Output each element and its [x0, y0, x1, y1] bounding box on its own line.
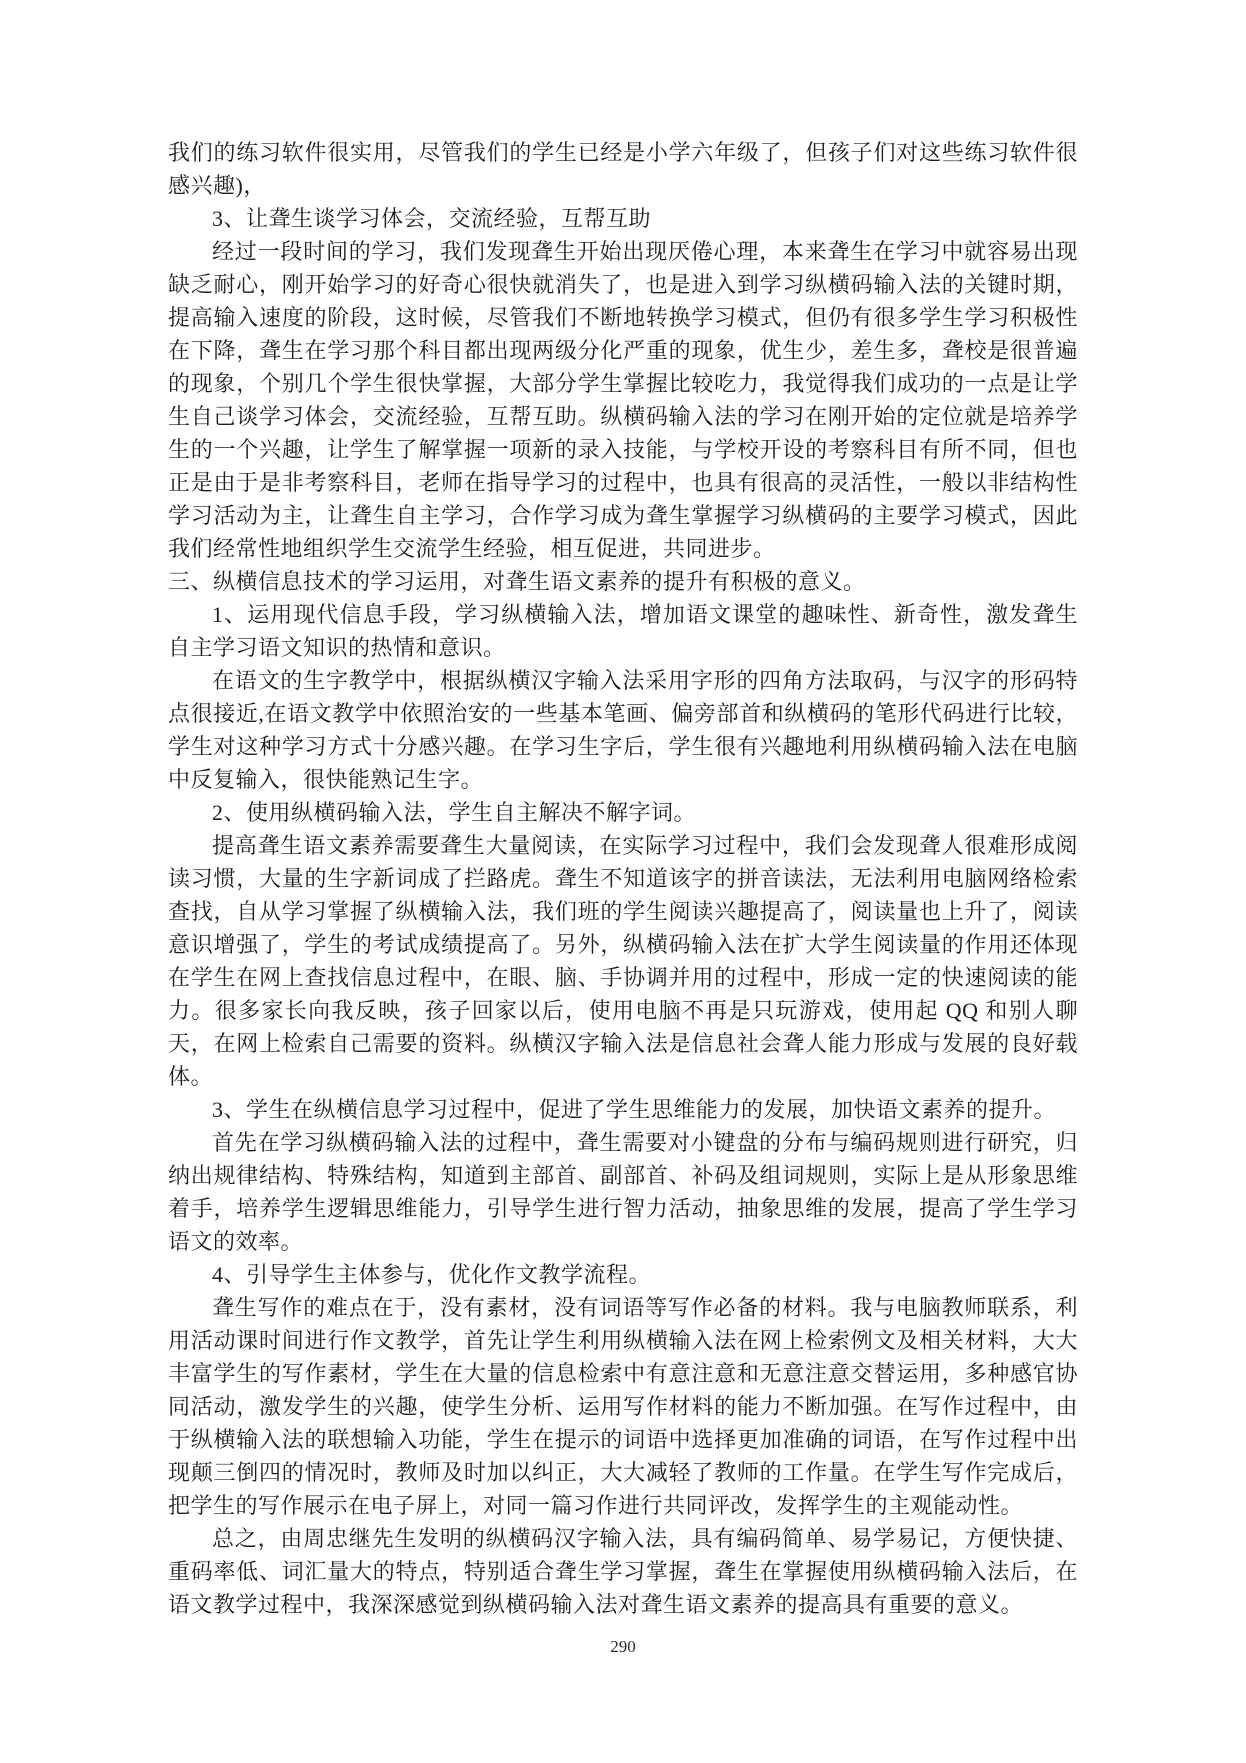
paragraph: 4、引导学生主体参与，优化作文教学流程。: [168, 1258, 1078, 1291]
paragraph: 2、使用纵横码输入法，学生自主解决不解字词。: [168, 796, 1078, 829]
paragraph: 提高聋生语文素养需要聋生大量阅读，在实际学习过程中，我们会发现聋人很难形成阅读习…: [168, 829, 1078, 1093]
paragraph: 首先在学习纵横码输入法的过程中，聋生需要对小键盘的分布与编码规则进行研究，归纳出…: [168, 1126, 1078, 1258]
paragraph: 3、学生在纵横信息学习过程中，促进了学生思维能力的发展，加快语文素养的提升。: [168, 1093, 1078, 1126]
page-number: 290: [0, 1637, 1246, 1657]
paragraph: 我们的练习软件很实用，尽管我们的学生已经是小学六年级了，但孩子们对这些练习软件很…: [168, 136, 1078, 202]
document-body: 我们的练习软件很实用，尽管我们的学生已经是小学六年级了，但孩子们对这些练习软件很…: [168, 136, 1078, 1621]
paragraph: 总之，由周忠继先生发明的纵横码汉字输入法，具有编码简单、易学易记，方便快捷、重码…: [168, 1522, 1078, 1621]
document-page: 我们的练习软件很实用，尽管我们的学生已经是小学六年级了，但孩子们对这些练习软件很…: [0, 0, 1246, 1763]
paragraph: 在语文的生字教学中，根据纵横汉字输入法采用字形的四角方法取码，与汉字的形码特点很…: [168, 664, 1078, 796]
paragraph: 1、运用现代信息手段，学习纵横输入法，增加语文课堂的趣味性、新奇性，激发聋生自主…: [168, 598, 1078, 664]
paragraph: 聋生写作的难点在于，没有素材，没有词语等写作必备的材料。我与电脑教师联系，利用活…: [168, 1291, 1078, 1522]
paragraph: 3、让聋生谈学习体会，交流经验，互帮互助: [168, 202, 1078, 235]
paragraph: 三、纵横信息技术的学习运用，对聋生语文素养的提升有积极的意义。: [168, 565, 1078, 598]
paragraph: 经过一段时间的学习，我们发现聋生开始出现厌倦心理，本来聋生在学习中就容易出现缺乏…: [168, 235, 1078, 565]
